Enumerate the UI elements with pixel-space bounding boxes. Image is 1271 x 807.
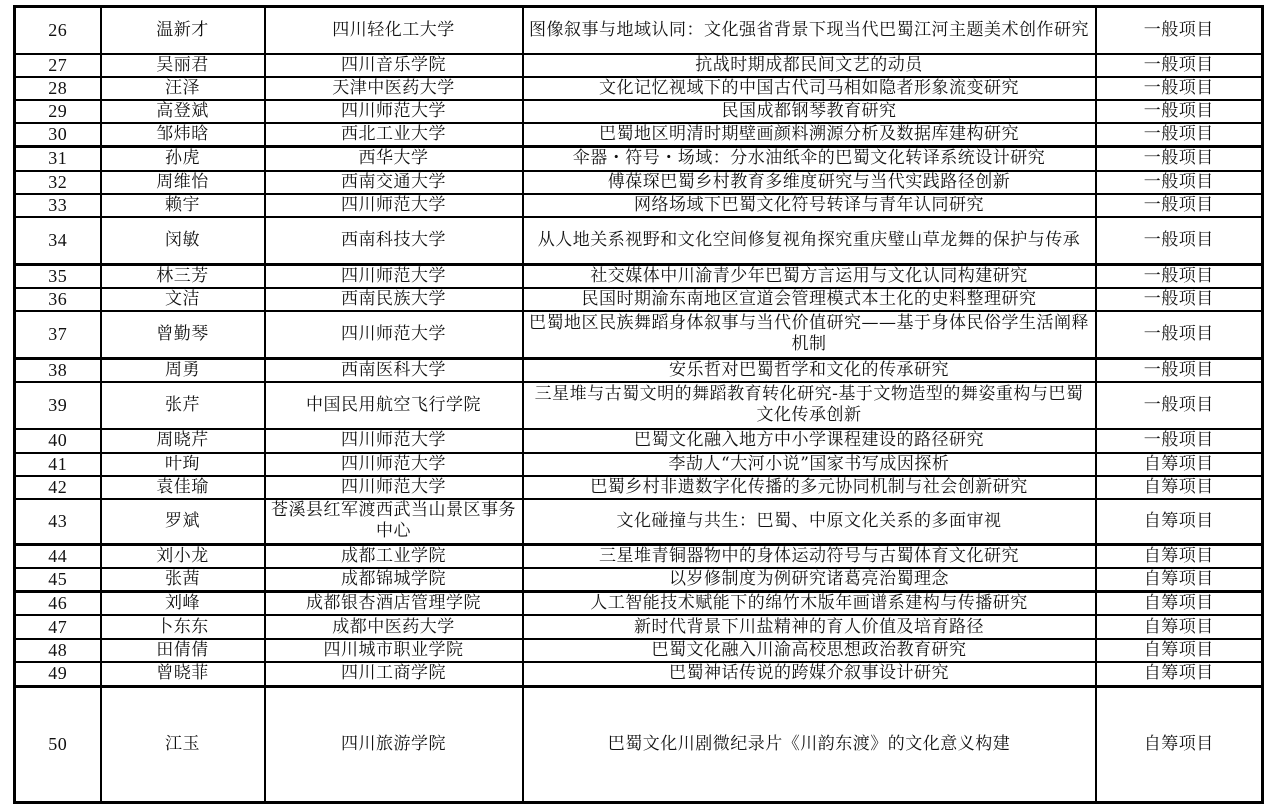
cell-project-title: 巴蜀文化川剧微纪录片《川韵东渡》的文化意义构建 <box>523 686 1096 802</box>
table-row-36: 36 文洁 西南民族大学 民国时期渝东南地区宣道会管理模式本土化的史料整理研究 … <box>15 288 1263 311</box>
table-row-50: 50 江玉 四川旅游学院 巴蜀文化川剧微纪录片《川韵东渡》的文化意义构建 自筹项… <box>15 686 1263 802</box>
cell-organization: 西南科技大学 <box>265 217 523 265</box>
cell-project-title: 三星堆与古蜀文明的舞蹈教育转化研究-基于文物造型的舞姿重构与巴蜀文化传承创新 <box>523 382 1096 429</box>
cell-organization: 四川音乐学院 <box>265 54 523 77</box>
cell-project-title: 伞器・符号・场域：分水油纸伞的巴蜀文化转译系统设计研究 <box>523 147 1096 171</box>
cell-organization: 四川师范大学 <box>265 265 523 289</box>
cell-project-title: 文化碰撞与共生：巴蜀、中原文化关系的多面审视 <box>523 499 1096 545</box>
table-row-31: 31 孙虎 西华大学 伞器・符号・场域：分水油纸伞的巴蜀文化转译系统设计研究 一… <box>15 147 1263 171</box>
cell-project-type: 一般项目 <box>1096 147 1263 171</box>
cell-project-title: 从人地关系视野和文化空间修复视角探究重庆璧山草龙舞的保护与传承 <box>523 217 1096 265</box>
project-table: 26 温新才 四川轻化工大学 图像叙事与地域认同：文化强省背景下现当代巴蜀江河主… <box>13 5 1264 804</box>
cell-project-type: 自筹项目 <box>1096 476 1263 499</box>
table-row-30: 30 邹炜晗 西北工业大学 巴蜀地区明清时期壁画颜料溯源分析及数据库建构研究 一… <box>15 123 1263 147</box>
table-row-29: 29 高登斌 四川师范大学 民国成都钢琴教育研究 一般项目 <box>15 100 1263 123</box>
cell-name: 卜东东 <box>101 615 265 639</box>
cell-project-type: 自筹项目 <box>1096 662 1263 686</box>
cell-name: 邹炜晗 <box>101 123 265 147</box>
cell-project-title: 巴蜀文化融入川渝高校思想政治教育研究 <box>523 639 1096 662</box>
cell-name: 汪泽 <box>101 77 265 100</box>
cell-project-title: 以岁修制度为例研究诸葛亮治蜀理念 <box>523 568 1096 592</box>
cell-number: 31 <box>15 147 101 171</box>
table-row-49: 49 曾晓菲 四川工商学院 巴蜀神话传说的跨媒介叙事设计研究 自筹项目 <box>15 662 1263 686</box>
cell-project-type: 一般项目 <box>1096 311 1263 358</box>
cell-organization: 西南民族大学 <box>265 288 523 311</box>
cell-number: 45 <box>15 568 101 592</box>
cell-number: 36 <box>15 288 101 311</box>
table-row-46: 46 刘峰 成都银杏酒店管理学院 人工智能技术赋能下的绵竹木版年画谱系建构与传播… <box>15 592 1263 616</box>
cell-name: 周维怡 <box>101 171 265 194</box>
cell-project-title: 巴蜀地区民族舞蹈身体叙事与当代价值研究——基于身体民俗学生活阐释机制 <box>523 311 1096 358</box>
cell-organization: 四川师范大学 <box>265 100 523 123</box>
cell-number: 30 <box>15 123 101 147</box>
table-row-41: 41 叶珣 四川师范大学 李劼人“大河小说”国家书写成因探析 自筹项目 <box>15 453 1263 476</box>
cell-number: 35 <box>15 265 101 289</box>
table-row-32: 32 周维怡 西南交通大学 傅葆琛巴蜀乡村教育多维度研究与当代实践路径创新 一般… <box>15 171 1263 194</box>
cell-project-title: 抗战时期成都民间文艺的动员 <box>523 54 1096 77</box>
cell-project-type: 一般项目 <box>1096 429 1263 453</box>
cell-project-type: 自筹项目 <box>1096 639 1263 662</box>
table-row-42: 42 袁佳瑜 四川师范大学 巴蜀乡村非遗数字化传播的多元协同机制与社会创新研究 … <box>15 476 1263 499</box>
cell-project-title: 傅葆琛巴蜀乡村教育多维度研究与当代实践路径创新 <box>523 171 1096 194</box>
cell-project-type: 自筹项目 <box>1096 568 1263 592</box>
cell-project-type: 一般项目 <box>1096 100 1263 123</box>
cell-project-type: 一般项目 <box>1096 123 1263 147</box>
cell-number: 29 <box>15 100 101 123</box>
cell-project-type: 一般项目 <box>1096 265 1263 289</box>
cell-number: 41 <box>15 453 101 476</box>
cell-project-title: 李劼人“大河小说”国家书写成因探析 <box>523 453 1096 476</box>
cell-project-title: 社交媒体中川渝青少年巴蜀方言运用与文化认同构建研究 <box>523 265 1096 289</box>
project-list-sheet: 26 温新才 四川轻化工大学 图像叙事与地域认同：文化强省背景下现当代巴蜀江河主… <box>13 5 1261 804</box>
cell-name: 叶珣 <box>101 453 265 476</box>
cell-organization: 成都中医药大学 <box>265 615 523 639</box>
cell-number: 48 <box>15 639 101 662</box>
cell-project-type: 自筹项目 <box>1096 545 1263 569</box>
cell-number: 27 <box>15 54 101 77</box>
cell-organization: 天津中医药大学 <box>265 77 523 100</box>
cell-project-type: 一般项目 <box>1096 7 1263 54</box>
cell-project-type: 自筹项目 <box>1096 615 1263 639</box>
cell-name: 张芹 <box>101 382 265 429</box>
cell-number: 33 <box>15 194 101 217</box>
cell-project-type: 一般项目 <box>1096 54 1263 77</box>
cell-project-title: 巴蜀地区明清时期壁画颜料溯源分析及数据库建构研究 <box>523 123 1096 147</box>
cell-number: 26 <box>15 7 101 54</box>
cell-name: 袁佳瑜 <box>101 476 265 499</box>
cell-project-title: 巴蜀神话传说的跨媒介叙事设计研究 <box>523 662 1096 686</box>
cell-organization: 西北工业大学 <box>265 123 523 147</box>
cell-organization: 四川师范大学 <box>265 311 523 358</box>
cell-project-title: 巴蜀乡村非遗数字化传播的多元协同机制与社会创新研究 <box>523 476 1096 499</box>
table-row-38: 38 周勇 西南医科大学 安乐哲对巴蜀哲学和文化的传承研究 一般项目 <box>15 358 1263 382</box>
cell-organization: 西华大学 <box>265 147 523 171</box>
table-row-28: 28 汪泽 天津中医药大学 文化记忆视域下的中国古代司马相如隐者形象流变研究 一… <box>15 77 1263 100</box>
cell-organization: 成都工业学院 <box>265 545 523 569</box>
cell-project-title: 新时代背景下川盐精神的育人价值及培育路径 <box>523 615 1096 639</box>
table-row-37: 37 曾勤琴 四川师范大学 巴蜀地区民族舞蹈身体叙事与当代价值研究——基于身体民… <box>15 311 1263 358</box>
cell-project-type: 一般项目 <box>1096 382 1263 429</box>
cell-project-title: 人工智能技术赋能下的绵竹木版年画谱系建构与传播研究 <box>523 592 1096 616</box>
table-row-39: 39 张芹 中国民用航空飞行学院 三星堆与古蜀文明的舞蹈教育转化研究-基于文物造… <box>15 382 1263 429</box>
cell-project-type: 一般项目 <box>1096 194 1263 217</box>
cell-project-title: 民国时期渝东南地区宣道会管理模式本土化的史料整理研究 <box>523 288 1096 311</box>
cell-project-title: 图像叙事与地域认同：文化强省背景下现当代巴蜀江河主题美术创作研究 <box>523 7 1096 54</box>
cell-organization: 四川轻化工大学 <box>265 7 523 54</box>
cell-number: 47 <box>15 615 101 639</box>
cell-organization: 成都锦城学院 <box>265 568 523 592</box>
cell-organization: 四川师范大学 <box>265 429 523 453</box>
cell-number: 40 <box>15 429 101 453</box>
cell-project-type: 自筹项目 <box>1096 453 1263 476</box>
cell-name: 曾晓菲 <box>101 662 265 686</box>
cell-organization: 成都银杏酒店管理学院 <box>265 592 523 616</box>
cell-name: 张茜 <box>101 568 265 592</box>
cell-name: 周晓芹 <box>101 429 265 453</box>
cell-name: 罗斌 <box>101 499 265 545</box>
cell-name: 吴丽君 <box>101 54 265 77</box>
cell-project-title: 文化记忆视域下的中国古代司马相如隐者形象流变研究 <box>523 77 1096 100</box>
cell-number: 37 <box>15 311 101 358</box>
cell-project-type: 一般项目 <box>1096 288 1263 311</box>
cell-project-type: 一般项目 <box>1096 358 1263 382</box>
table-row-34: 34 闵敏 西南科技大学 从人地关系视野和文化空间修复视角探究重庆璧山草龙舞的保… <box>15 217 1263 265</box>
table-row-33: 33 赖宇 四川师范大学 网络场域下巴蜀文化符号转译与青年认同研究 一般项目 <box>15 194 1263 217</box>
cell-project-type: 自筹项目 <box>1096 592 1263 616</box>
cell-project-type: 一般项目 <box>1096 171 1263 194</box>
cell-number: 34 <box>15 217 101 265</box>
cell-project-title: 三星堆青铜器物中的身体运动符号与古蜀体育文化研究 <box>523 545 1096 569</box>
table-row-26: 26 温新才 四川轻化工大学 图像叙事与地域认同：文化强省背景下现当代巴蜀江河主… <box>15 7 1263 54</box>
table-row-27: 27 吴丽君 四川音乐学院 抗战时期成都民间文艺的动员 一般项目 <box>15 54 1263 77</box>
cell-name: 赖宇 <box>101 194 265 217</box>
cell-project-type: 自筹项目 <box>1096 686 1263 802</box>
project-table-body: 26 温新才 四川轻化工大学 图像叙事与地域认同：文化强省背景下现当代巴蜀江河主… <box>15 7 1263 803</box>
cell-name: 田倩倩 <box>101 639 265 662</box>
cell-organization: 四川师范大学 <box>265 194 523 217</box>
cell-name: 刘小龙 <box>101 545 265 569</box>
cell-project-title: 巴蜀文化融入地方中小学课程建设的路径研究 <box>523 429 1096 453</box>
cell-organization: 四川旅游学院 <box>265 686 523 802</box>
cell-project-type: 一般项目 <box>1096 217 1263 265</box>
cell-organization: 中国民用航空飞行学院 <box>265 382 523 429</box>
cell-name: 刘峰 <box>101 592 265 616</box>
cell-number: 42 <box>15 476 101 499</box>
table-row-44: 44 刘小龙 成都工业学院 三星堆青铜器物中的身体运动符号与古蜀体育文化研究 自… <box>15 545 1263 569</box>
cell-number: 44 <box>15 545 101 569</box>
table-row-40: 40 周晓芹 四川师范大学 巴蜀文化融入地方中小学课程建设的路径研究 一般项目 <box>15 429 1263 453</box>
cell-organization: 西南交通大学 <box>265 171 523 194</box>
cell-project-title: 网络场域下巴蜀文化符号转译与青年认同研究 <box>523 194 1096 217</box>
cell-name: 孙虎 <box>101 147 265 171</box>
cell-organization: 四川城市职业学院 <box>265 639 523 662</box>
cell-number: 49 <box>15 662 101 686</box>
cell-number: 50 <box>15 686 101 802</box>
cell-organization: 四川工商学院 <box>265 662 523 686</box>
cell-project-type: 自筹项目 <box>1096 499 1263 545</box>
cell-name: 闵敏 <box>101 217 265 265</box>
cell-name: 温新才 <box>101 7 265 54</box>
cell-number: 39 <box>15 382 101 429</box>
table-row-48: 48 田倩倩 四川城市职业学院 巴蜀文化融入川渝高校思想政治教育研究 自筹项目 <box>15 639 1263 662</box>
cell-number: 38 <box>15 358 101 382</box>
cell-organization: 西南医科大学 <box>265 358 523 382</box>
table-row-35: 35 林三芳 四川师范大学 社交媒体中川渝青少年巴蜀方言运用与文化认同构建研究 … <box>15 265 1263 289</box>
cell-name: 江玉 <box>101 686 265 802</box>
cell-number: 43 <box>15 499 101 545</box>
cell-project-title: 民国成都钢琴教育研究 <box>523 100 1096 123</box>
cell-project-title: 安乐哲对巴蜀哲学和文化的传承研究 <box>523 358 1096 382</box>
table-row-43: 43 罗斌 苍溪县红军渡西武当山景区事务中心 文化碰撞与共生：巴蜀、中原文化关系… <box>15 499 1263 545</box>
cell-name: 曾勤琴 <box>101 311 265 358</box>
cell-organization: 四川师范大学 <box>265 453 523 476</box>
table-row-47: 47 卜东东 成都中医药大学 新时代背景下川盐精神的育人价值及培育路径 自筹项目 <box>15 615 1263 639</box>
cell-number: 28 <box>15 77 101 100</box>
cell-organization: 四川师范大学 <box>265 476 523 499</box>
cell-name: 文洁 <box>101 288 265 311</box>
cell-number: 32 <box>15 171 101 194</box>
cell-name: 周勇 <box>101 358 265 382</box>
cell-number: 46 <box>15 592 101 616</box>
cell-name: 高登斌 <box>101 100 265 123</box>
table-row-45: 45 张茜 成都锦城学院 以岁修制度为例研究诸葛亮治蜀理念 自筹项目 <box>15 568 1263 592</box>
cell-name: 林三芳 <box>101 265 265 289</box>
cell-project-type: 一般项目 <box>1096 77 1263 100</box>
cell-organization: 苍溪县红军渡西武当山景区事务中心 <box>265 499 523 545</box>
